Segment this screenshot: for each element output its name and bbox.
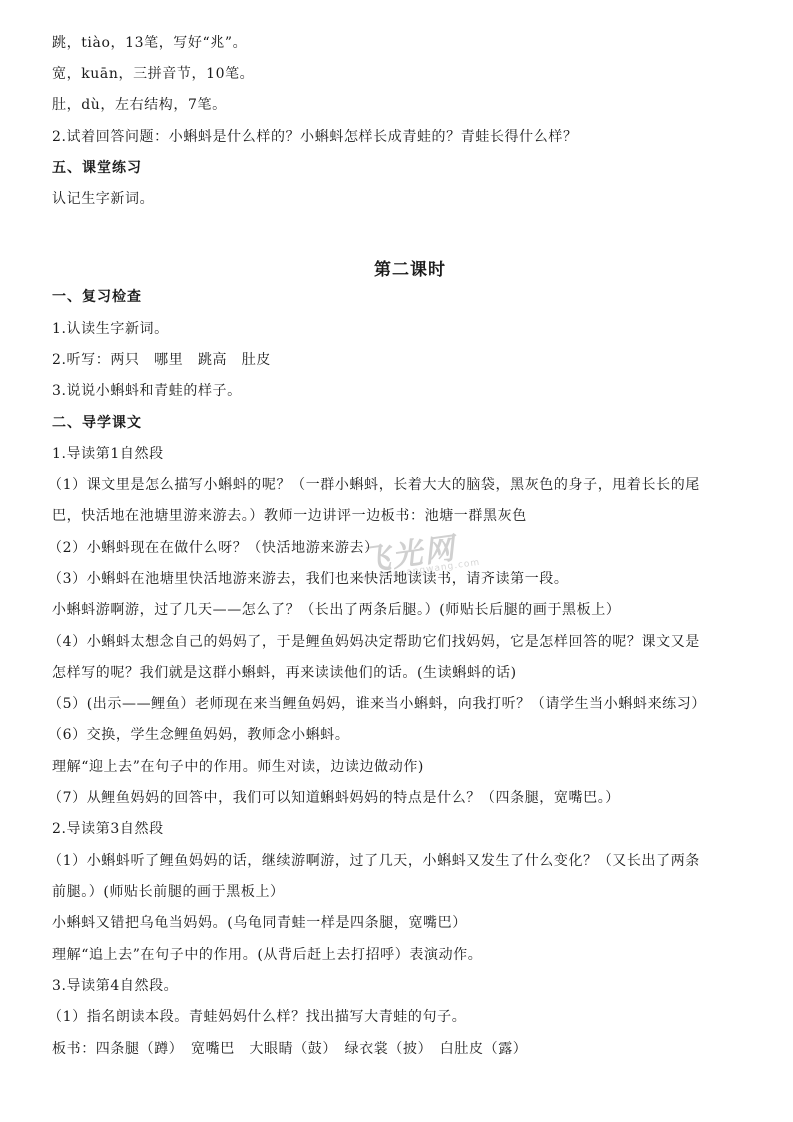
text-line: （5）(出示——鲤鱼）老师现在来当鲤鱼妈妈，谁来当小蝌蚪，向我打听？（请学生当小… [48, 695, 706, 713]
text-line: 认记生字新词。 [52, 190, 154, 208]
text-line: （4）小蝌蚪太想念自己的妈妈了，于是鲤鱼妈妈决定帮助它们找妈妈，它是怎样回答的呢… [48, 633, 700, 651]
text-line: （6）交换，学生念鲤鱼妈妈，教师念小蝌蚪。 [48, 726, 350, 744]
list-item: 2.听写：两只 哪里 跳高 肚皮 [52, 351, 271, 369]
text-line: 2.试着回答问题：小蝌蚪是什么样的？小蝌蚪怎样长成青蛙的？青蛙长得什么样？ [52, 128, 578, 146]
list-item: 3.说说小蝌蚪和青蛙的样子。 [52, 382, 242, 400]
text-line: 宽，kuān，三拼音节，10笔。 [52, 65, 254, 83]
section-heading: 一、复习检查 [52, 288, 142, 306]
blackboard-notes: 板书：四条腿（蹲） 宽嘴巴 大眼睛（鼓） 绿衣裳（披） 白肚皮（露） [52, 1040, 527, 1058]
text-line: 跳，tiào，13笔，写好“兆”。 [52, 34, 247, 52]
subsection-title: 1.导读第1自然段 [52, 445, 164, 463]
text-line: 前腿。）(师贴长前腿的画于黑板上） [52, 883, 285, 901]
subsection-title: 3.导读第4自然段。 [52, 977, 178, 995]
page-title: 第二课时 [52, 255, 768, 280]
section-heading: 二、导学课文 [52, 414, 142, 432]
subsection-title: 2.导读第3自然段 [52, 820, 164, 838]
text-line: 怎样写的呢？我们就是这群小蝌蚪，再来读读他们的话。(生读蝌蚪的话) [52, 664, 517, 682]
text-line: （1）小蝌蚪听了鲤鱼妈妈的话，继续游啊游，过了几天，小蝌蚪又发生了什么变化？（又… [48, 852, 700, 870]
text-line: （1）课文里是怎么描写小蝌蚪的呢？（一群小蝌蚪，长着大大的脑袋，黑灰色的身子，甩… [48, 476, 700, 494]
section-heading: 五、课堂练习 [52, 159, 142, 177]
list-item: 1.认读生字新词。 [52, 320, 169, 338]
text-line: （3）小蝌蚪在池塘里快活地游来游去，我们也来快活地读读书，请齐读第一段。 [48, 570, 569, 588]
text-line: 理解“追上去”在句子中的作用。(从背后赶上去打招呼）表演动作。 [52, 946, 482, 964]
text-line: 理解“迎上去”在句子中的作用。师生对读，边读边做动作) [52, 758, 424, 776]
text-line: 小蝌蚪又错把乌龟当妈妈。(乌龟同青蛙一样是四条腿，宽嘴巴） [52, 914, 467, 932]
text-line: 巴，快活地在池塘里游来游去。）教师一边讲评一边板书：池塘一群黑灰色 [52, 507, 527, 525]
text-line: 肚，dù，左右结构，7笔。 [52, 96, 227, 114]
text-line: 小蝌蚪游啊游，过了几天——怎么了？（长出了两条后腿。）(师贴长后腿的画于黑板上） [52, 601, 620, 619]
text-line: （1）指名朗读本段。青蛙妈妈什么样？找出描写大青蛙的句子。 [48, 1008, 466, 1026]
text-line: （2）小蝌蚪现在在做什么呀？（快活地游来游去） [48, 539, 379, 557]
text-line: （7）从鲤鱼妈妈的回答中，我们可以知道蝌蚪妈妈的特点是什么？（四条腿，宽嘴巴。） [48, 789, 620, 807]
